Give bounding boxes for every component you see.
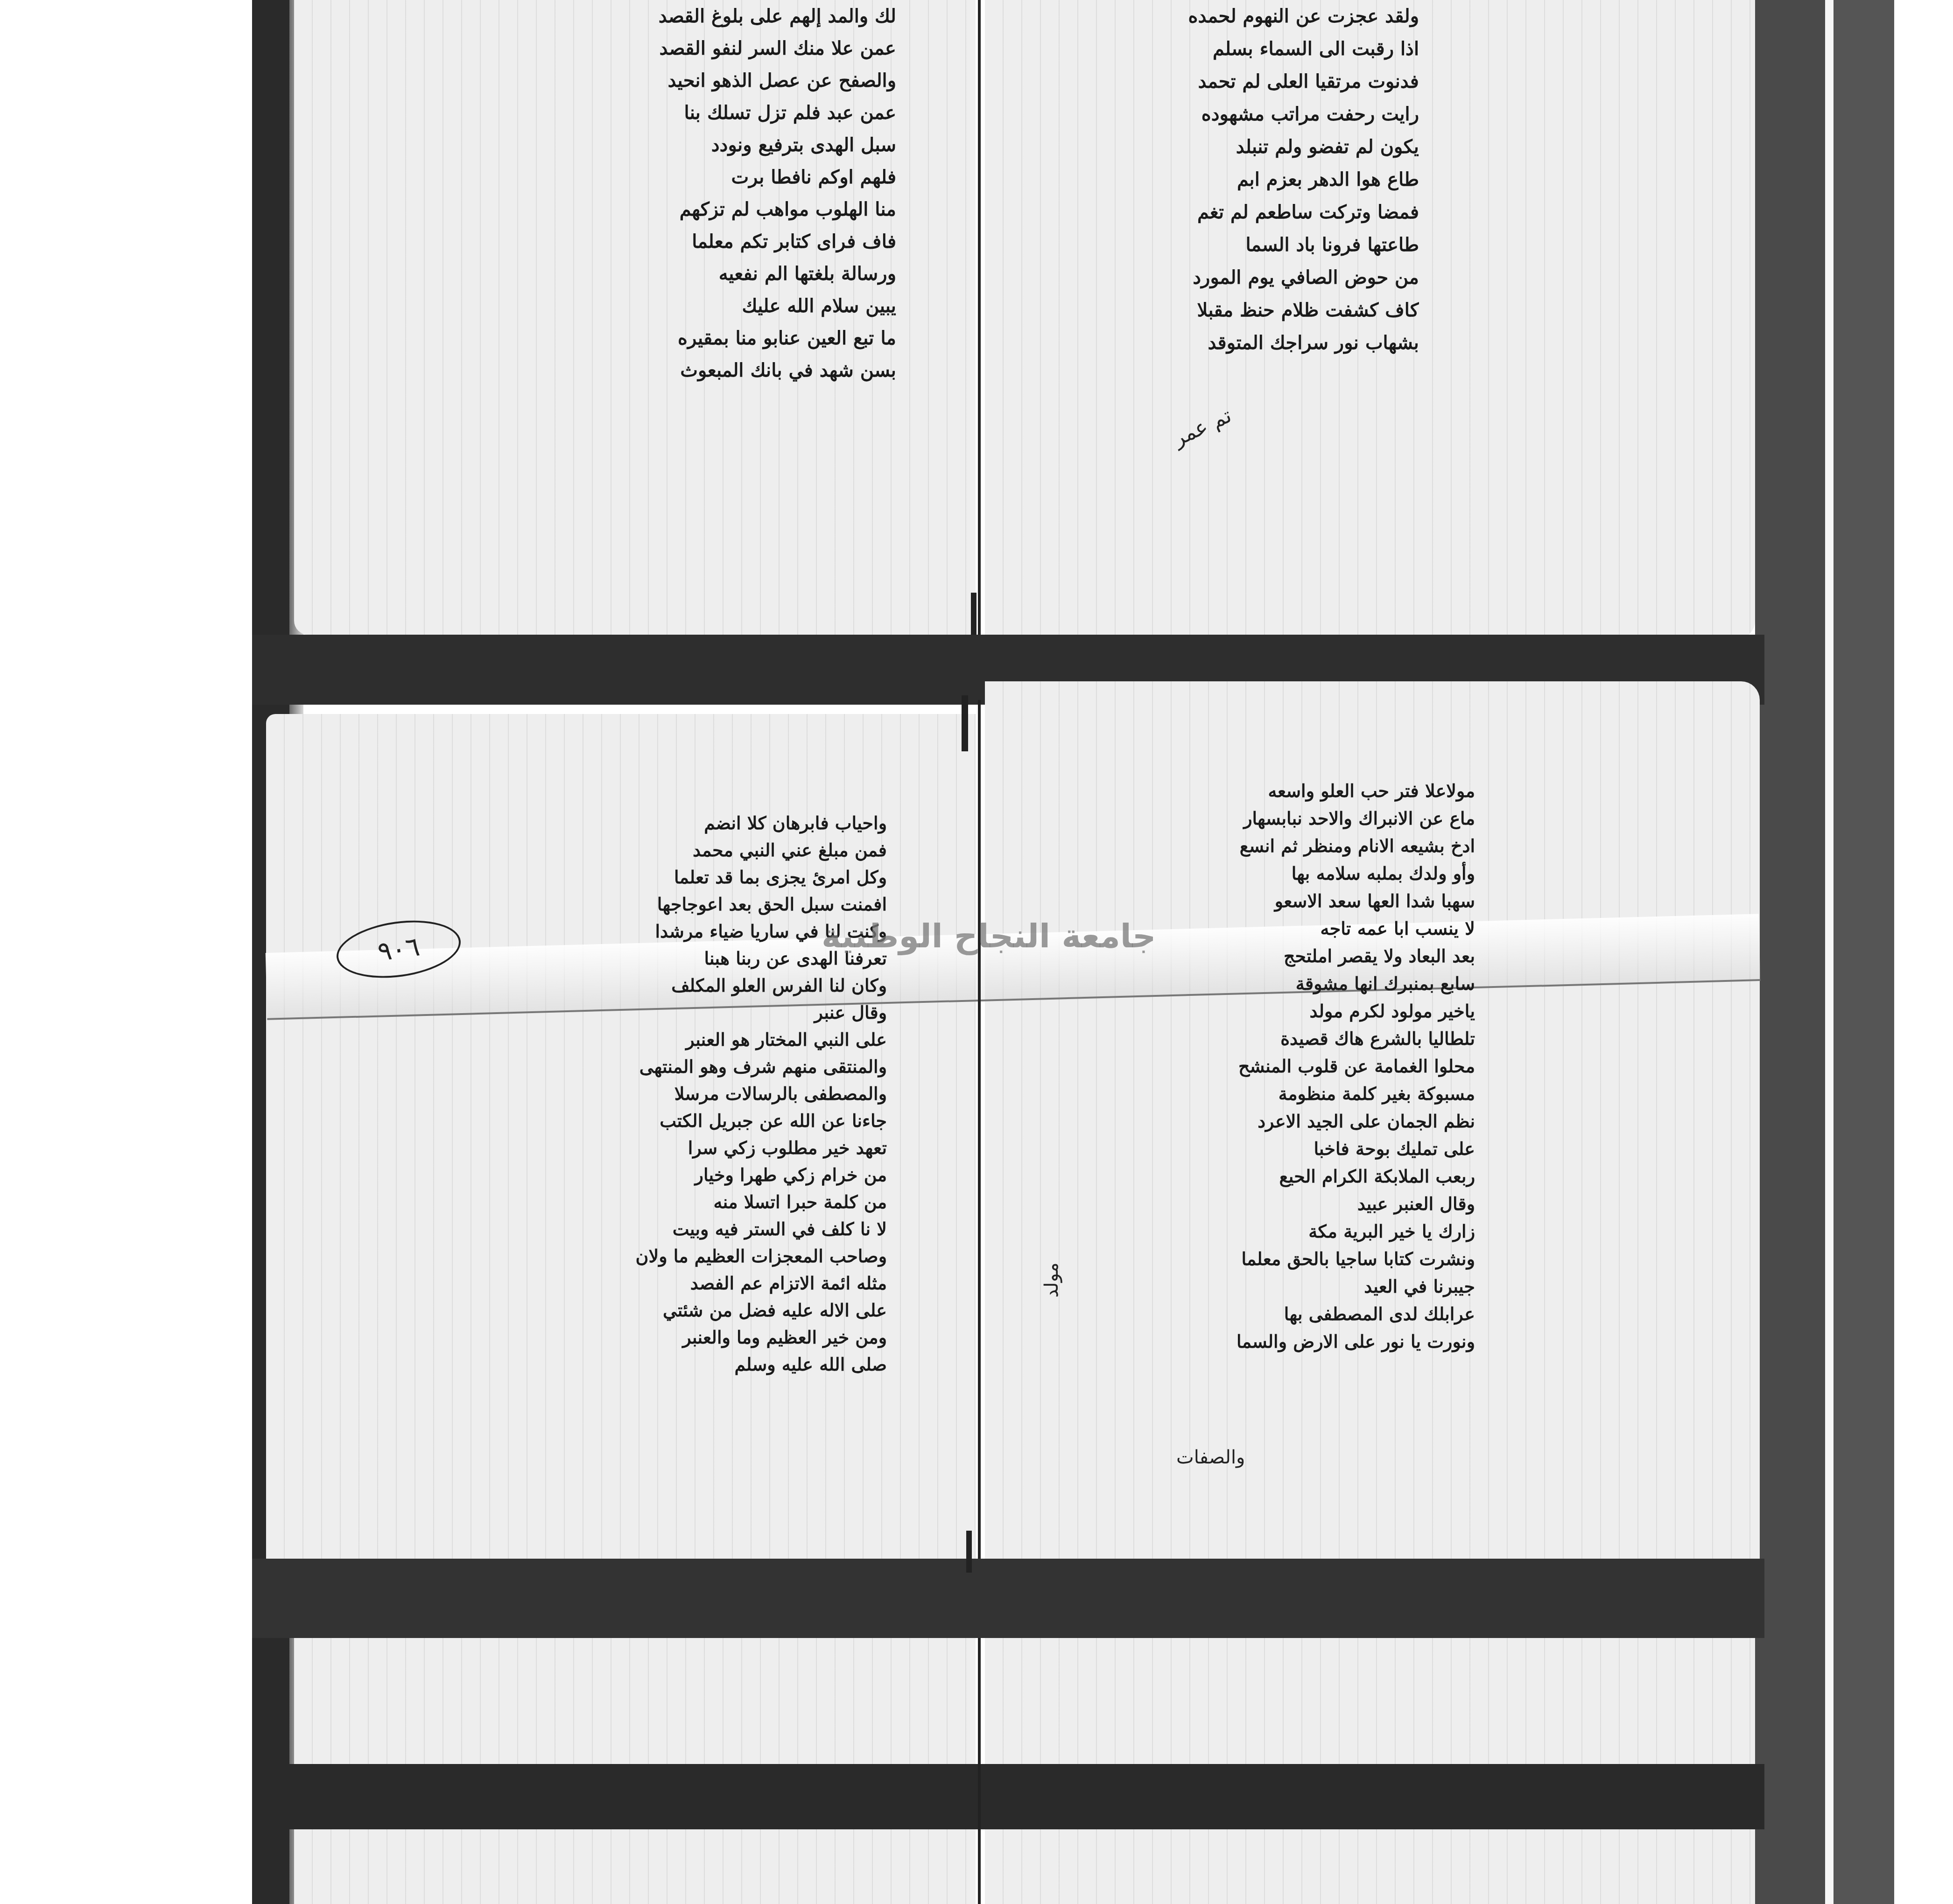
text-line: جاءنا عن الله عن جبريل الكتب [513,1107,887,1134]
text-line: طاعتها فرونا باد السما [1055,229,1419,261]
text-line: طاع هوا الدهر بعزم ابم [1055,163,1419,196]
bottom-gutter [978,1638,981,1904]
binding-tab [962,695,968,751]
text-line: تعهد خير مطلوب زكي سرا [513,1134,887,1162]
text-line: على النبي المختار هو العنبر [513,1026,887,1053]
text-line: بسن شهد في بانك المبعوث [541,354,896,386]
text-line: كاف كشفت ظلام حنظ مقبلا [1055,294,1419,327]
text-line: وقال العنبر عبيد [1102,1190,1475,1218]
middle-gutter [978,700,981,1559]
text-line: ياخير مولود لكرم مولد [1102,997,1475,1025]
text-line: فلهم اوكم نافطا برت [541,161,896,193]
binding-tab [971,593,976,635]
text-line: مولاعلا فتر حب العلو واسعه [1102,777,1475,805]
top-left-text: لك والمد إلهم على بلوغ القصد عمن علا منك… [541,0,896,386]
text-line: يبين سلام الله عليك [541,290,896,322]
frame-separator-bottom [252,1559,1764,1638]
text-line: بشهاب نور سراجك المتوقد [1055,327,1419,359]
text-line: فمضا وتركت ساطعم لم تغم [1055,196,1419,229]
text-line: محلوا الغمامة عن قلوب المنشح [1102,1052,1475,1080]
text-line: نظم الجمان على الجيد الاعرد [1102,1107,1475,1135]
middle-margin-note-vertical: مولد [1041,1262,1062,1297]
text-line: زارك يا خير البرية مكة [1102,1218,1475,1245]
text-line: افمنت سبل الحق بعد اعوجاجها [513,891,887,918]
text-line: تلطاليا بالشرع هاك قصيدة [1102,1025,1475,1052]
text-line: سهبا شدا العها سعد الاسعو [1102,887,1475,915]
middle-left-text: واحياب فابرهان كلا انضم فمن مبلغ عني الن… [513,810,887,1378]
text-line: عمن عبد فلم تزل تسلك بنا [541,97,896,129]
text-line: مسبوكة بغير كلمة منظومة [1102,1080,1475,1107]
text-line: اذا رقبت الى السماء بسلم [1055,33,1419,65]
text-line: وكان لنا الفرس العلو المكلف [513,972,887,999]
text-line: لا نا كلف في الستر فيه وبيت [513,1216,887,1243]
text-line: صلى الله عليه وسلم [513,1351,887,1378]
text-line: ومن خير العظيم وما والعنبر [513,1324,887,1351]
text-line: والمنتقى منهم شرف وهو المنتهى [513,1053,887,1080]
text-line: سبل الهدى بترفيع ونودد [541,129,896,161]
top-right-text: ولقد عجزت عن النهوم لحمده اذا رقبت الى ا… [1055,0,1419,359]
text-line: وأو ولدك بملبه سلامه بها [1102,860,1475,887]
text-line: وصاحب المعجزات العظيم ما ولان [513,1243,887,1270]
middle-margin-note-bottom: والصفات [1176,1447,1245,1468]
bottom-left-page [294,1638,976,1764]
text-line: ونشرت كتابا ساجيا بالحق معلما [1102,1245,1475,1273]
text-line: لا ينسب ابا عمه تاجه [1102,915,1475,942]
text-line: منا الهلوب مواهب لم تزكهم [541,193,896,225]
text-line: ما تبع العين عنابو منا بمقيره [541,322,896,354]
text-line: لك والمد إلهم على بلوغ القصد [541,0,896,32]
text-line: من خرام زكي طهرا وخيار [513,1162,887,1189]
bottom-right-page [985,1638,1755,1764]
text-line: ربعب الملابكة الكرام الحيع [1102,1162,1475,1190]
text-line: والمصطفى بالرسالات مرسلا [513,1080,887,1107]
text-line: وقال عنبر [513,999,887,1026]
text-line: سابع بمنبرك انها مشوقة [1102,970,1475,997]
bottom-next-left-page [294,1829,976,1904]
binding-tab [966,1531,972,1573]
text-line: على تمليك بوحة فاخبا [1102,1135,1475,1162]
top-gutter [978,0,981,635]
text-line: والصفح عن عصل الذهو انحيد [541,64,896,97]
text-line: على الاله عليه فضل من شئتي [513,1297,887,1324]
text-line: فاف فراى كتابر تكم معلما [541,225,896,258]
watermark: جامعة النجاح الوطنية [822,917,1156,955]
film-right-edge [1755,0,1825,1904]
text-line: يكون لم تفضو ولم تنبلد [1055,131,1419,163]
frame-separator-lower [252,1764,1764,1829]
text-line: ماع عن الانبراك والاحد نبابسهار [1102,805,1475,832]
text-line: عرابلك لدى المصطفى بها [1102,1300,1475,1328]
text-line: واحياب فابرهان كلا انضم [513,810,887,837]
text-line: ونورت يا نور على الارض والسما [1102,1328,1475,1355]
film-right-gap [1825,0,1834,1904]
text-line: رايت رحفت مراتب مشهوده [1055,98,1419,131]
text-line: عمن علا منك السر لنفو القصد [541,32,896,64]
text-line: بعد البعاد ولا يقصر املتحج [1102,942,1475,970]
text-line: فدنوت مرتقيا العلى لم تحمد [1055,65,1419,98]
middle-right-text: مولاعلا فتر حب العلو واسعه ماع عن الانبر… [1102,777,1475,1355]
text-line: مثله ائمة الاتزام عم الفصد [513,1270,887,1297]
text-line: ادخ بشيعه الانام ومنظر ثم انسع [1102,832,1475,860]
text-line: من حوض الصافي يوم المورد [1055,261,1419,294]
text-line: وكل امرئ يجزى بما قد تعلما [513,864,887,891]
text-line: من كلمة حبرا اتسلا منه [513,1189,887,1216]
text-line: ورسالة بلغتها الم نفعيه [541,258,896,290]
text-line: فمن مبلغ عني النبي محمد [513,837,887,864]
text-line: جيبرنا في العيد [1102,1273,1475,1300]
text-line: ولقد عجزت عن النهوم لحمده [1055,0,1419,33]
film-right-sprocket-edge [1834,0,1894,1904]
bottom-next-right-page [985,1829,1755,1904]
